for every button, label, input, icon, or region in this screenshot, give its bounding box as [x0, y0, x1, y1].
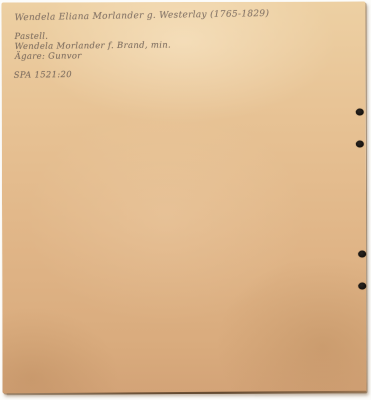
punch-dot	[356, 141, 364, 148]
punch-dot	[358, 251, 366, 258]
card-details: Pastell. Wendela Morlander f. Brand, min…	[14, 30, 171, 61]
punch-dot	[356, 109, 364, 116]
description-line: Wendela Morlander f. Brand, min.	[15, 40, 171, 52]
accession-number: SPA 1521:20	[14, 70, 72, 81]
punch-dot	[358, 283, 366, 290]
scanned-card-page: Wendela Eliana Morlander g. Westerlay (1…	[0, 0, 371, 400]
punch-dots	[1, 2, 365, 3]
sitter-name-line: Wendela Eliana Morlander g. Westerlay (1…	[14, 9, 269, 23]
owner-line: Ägare: Gunvor	[15, 50, 171, 62]
archive-card: Wendela Eliana Morlander g. Westerlay (1…	[1, 2, 366, 394]
